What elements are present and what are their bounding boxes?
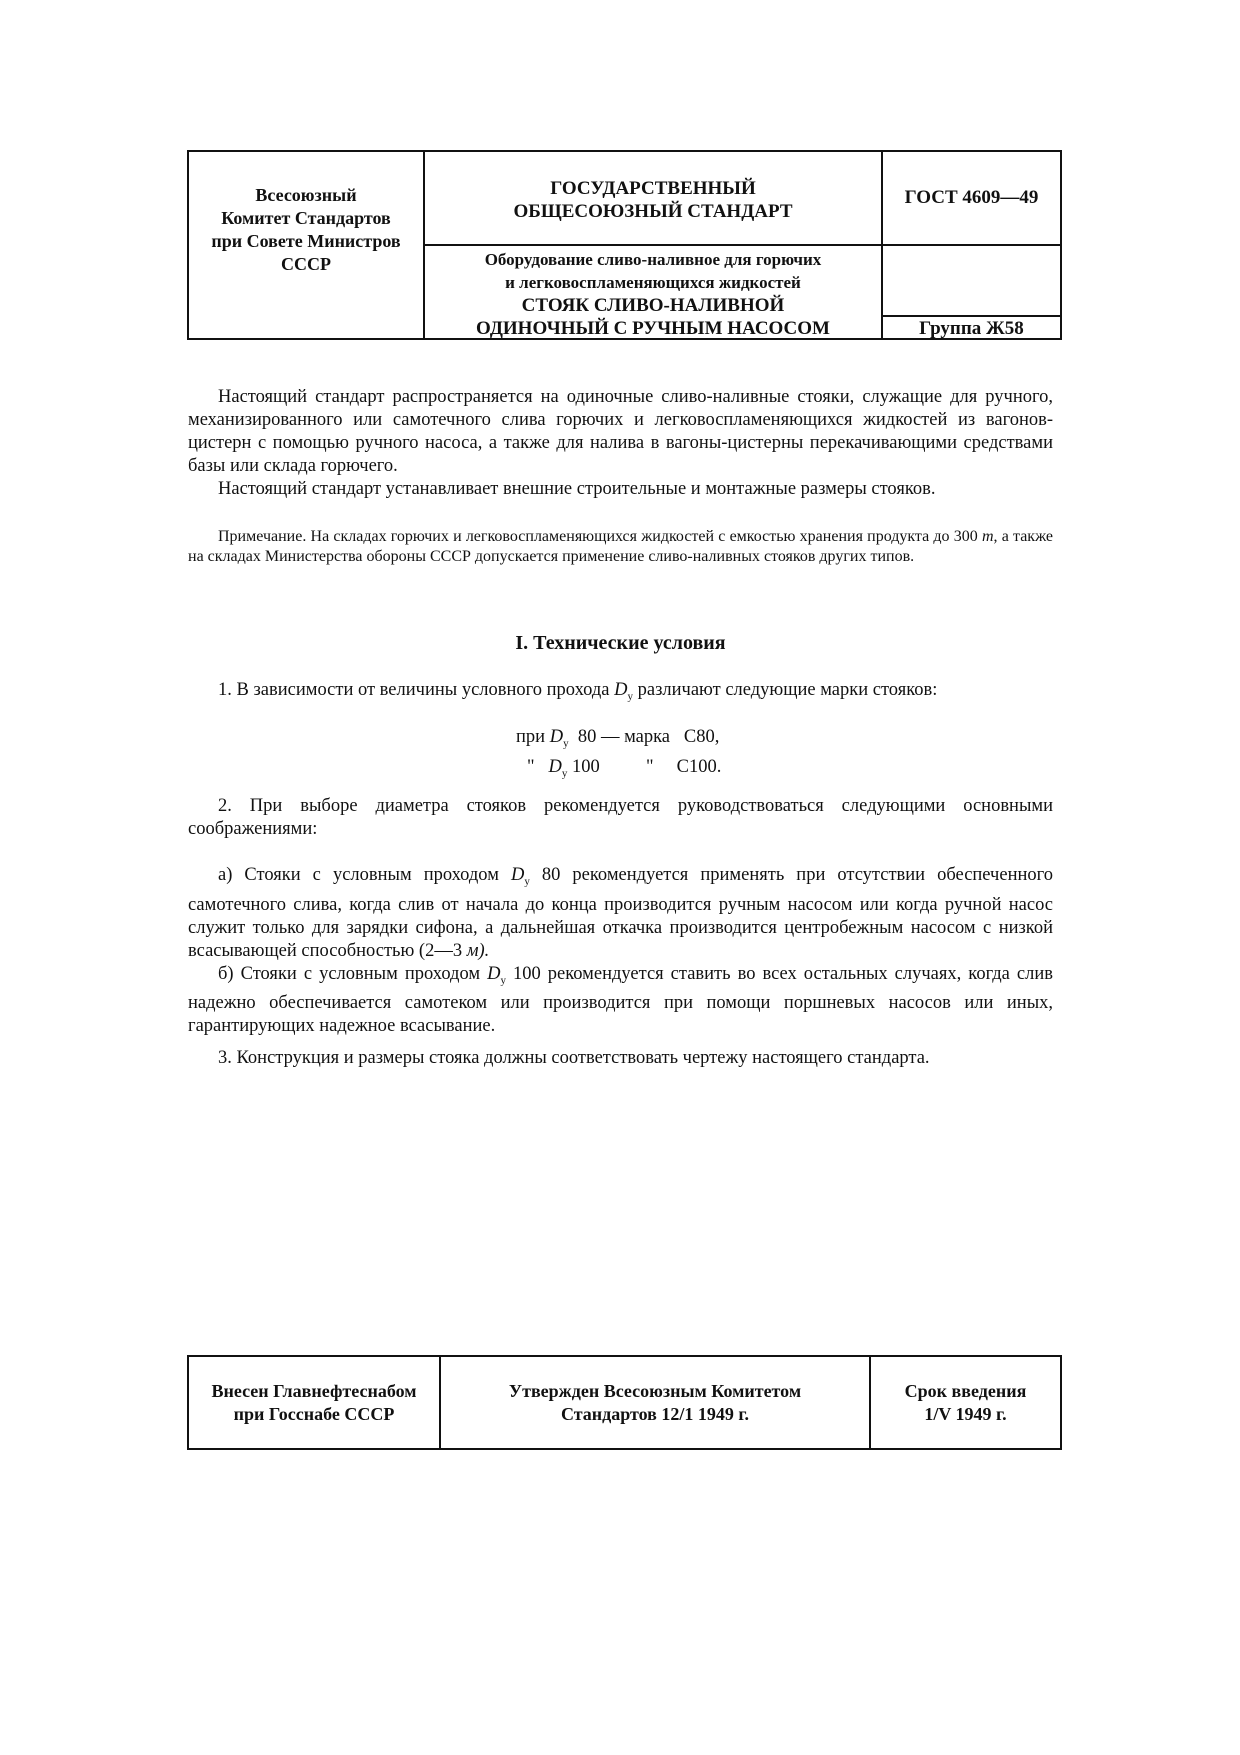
group-code: Группа Ж58: [919, 318, 1024, 340]
issuing-authority-line: Комитет Стандартов: [221, 208, 391, 228]
effective-date-line: 1/V 1949 г.: [924, 1404, 1006, 1424]
issuing-authority-line: Всесоюзный: [255, 185, 356, 205]
introduced-by-line: Внесен Главнефтеснабом: [211, 1381, 416, 1401]
item-2: 2. При выборе диаметра стояков рекоменду…: [188, 795, 1053, 841]
note-unit: т: [982, 528, 994, 545]
marks-list: при Dу 80 — марка С80, " Dу 100 " С100.: [516, 726, 796, 785]
document-page: Всесоюзный Комитет Стандартов при Совете…: [0, 0, 1240, 1755]
effective-date-cell: Срок введения1/V 1949 г.: [871, 1357, 1060, 1448]
introduced-by-line: при Госснабе СССР: [234, 1404, 395, 1424]
standard-type-line: ГОСУДАРСТВЕННЫЙ: [550, 178, 755, 199]
item-1: 1. В зависимости от величины условного п…: [188, 679, 1053, 709]
dy-symbol: Dу: [487, 964, 506, 984]
approved-by-cell: Утвержден Всесоюзным КомитетомСтандартов…: [441, 1357, 871, 1448]
intro-paragraph: Настоящий стандарт распространяется на о…: [188, 386, 1053, 478]
group-cell: Группа Ж58: [883, 317, 1060, 340]
header-table: Всесоюзный Комитет Стандартов при Совете…: [187, 150, 1062, 340]
item-2b: б) Стояки с условным проходом Dу 100 рек…: [188, 963, 1053, 1039]
note-paragraph: Примечание. На складах горючих и легково…: [188, 527, 1053, 567]
introduced-by-cell: Внесен Главнефтеснабомпри Госснабе СССР: [189, 1357, 441, 1448]
standard-subtitle: Оборудование сливо-наливное для горючих: [425, 248, 881, 271]
unit: м: [467, 941, 479, 961]
item-2a: а) Стояки с условным проходом Dу 80 реко…: [188, 864, 1053, 963]
effective-date-line: Срок введения: [905, 1381, 1027, 1401]
dy-symbol: Dу: [548, 757, 567, 777]
approved-by-line: Утвержден Всесоюзным Комитетом: [509, 1381, 801, 1401]
mark-row: при Dу 80 — марка С80,: [516, 726, 796, 756]
approved-by-line: Стандартов 12/1 1949 г.: [561, 1404, 749, 1424]
empty-cell: [883, 246, 1060, 317]
issuing-authority-line: СССР: [281, 254, 331, 274]
intro-section: Настоящий стандарт распространяется на о…: [188, 386, 1053, 501]
item-2-intro: 2. При выборе диаметра стояков рекоменду…: [188, 795, 1053, 841]
dy-symbol: Dу: [550, 727, 569, 747]
standard-type-cell: ГОСУДАРСТВЕННЫЙ ОБЩЕСОЮЗНЫЙ СТАНДАРТ: [425, 152, 883, 246]
note-text: Примечание. На складах горючих и легково…: [218, 528, 982, 545]
intro-paragraph: Настоящий стандарт устанавливает внешние…: [188, 478, 1053, 501]
item-text: различают следующие марки стояков:: [633, 680, 937, 700]
note-section: Примечание. На складах горючих и легково…: [188, 527, 1053, 567]
standard-title: СТОЯК СЛИВО-НАЛИВНОЙ: [425, 294, 881, 317]
gost-number-cell: ГОСТ 4609—49: [883, 152, 1060, 246]
issuing-authority-line: при Совете Министров: [211, 231, 400, 251]
standard-title-cell: Оборудование сливо-наливное для горючих …: [425, 246, 883, 340]
dy-symbol: Dу: [614, 680, 633, 700]
item-1-paragraph: 1. В зависимости от величины условного п…: [188, 679, 1053, 709]
footer-table: Внесен Главнефтеснабомпри Госснабе СССР …: [187, 1355, 1062, 1450]
standard-title: ОДИНОЧНЫЙ С РУЧНЫМ НАСОСОМ: [425, 317, 881, 340]
gost-number: ГОСТ 4609—49: [905, 187, 1039, 209]
standard-type-line: ОБЩЕСОЮЗНЫЙ СТАНДАРТ: [513, 201, 792, 222]
mark-row: " Dу 100 " С100.: [516, 756, 796, 786]
item-2-options: а) Стояки с условным проходом Dу 80 реко…: [188, 864, 1053, 1038]
standard-subtitle: и легковоспламеняющихся жидкостей: [425, 271, 881, 294]
item-3: 3. Конструкция и размеры стояка должны с…: [188, 1047, 1053, 1070]
dy-symbol: Dу: [511, 865, 530, 885]
section-title: I. Технические условия: [188, 632, 1053, 655]
issuing-authority-cell: Всесоюзный Комитет Стандартов при Совете…: [189, 152, 425, 338]
item-3-paragraph: 3. Конструкция и размеры стояка должны с…: [188, 1047, 1053, 1070]
item-text: 1. В зависимости от величины условного п…: [218, 680, 614, 700]
